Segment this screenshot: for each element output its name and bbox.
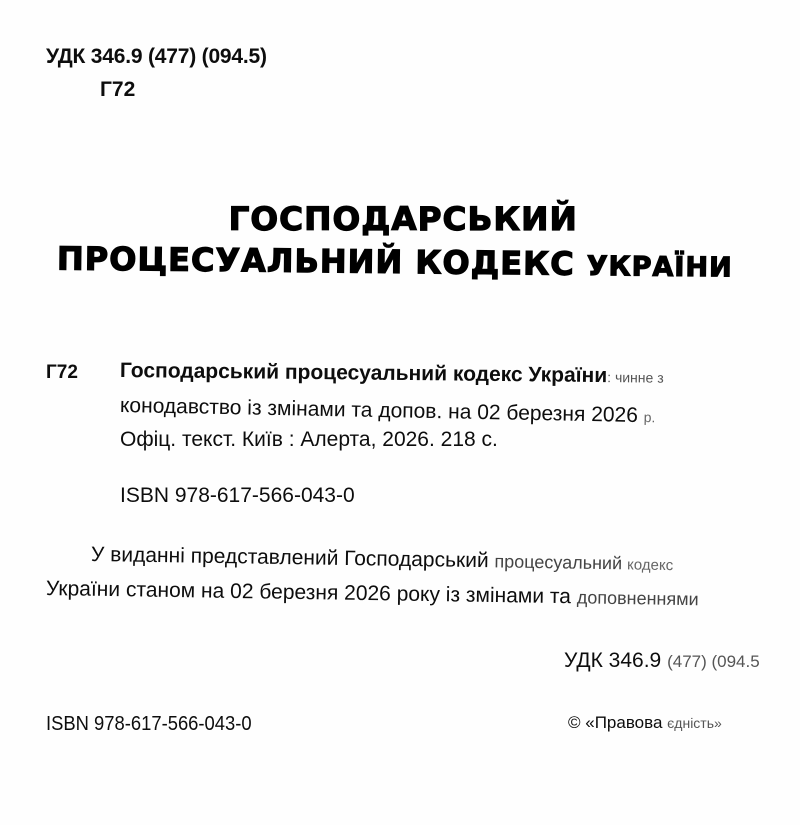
book-title-line-2: ПРОЦЕСУАЛЬНИЙ КОДЕКС УКРАЇНИ bbox=[57, 239, 733, 284]
author-code-top: Г72 bbox=[100, 78, 135, 102]
catalog-card-line-2: конодавство із змінами та допов. на 02 б… bbox=[120, 394, 656, 428]
annotation-line-2: України станом на 02 березня 2026 року і… bbox=[46, 577, 699, 611]
catalog-card-title-rest: : чинне з bbox=[607, 369, 664, 386]
udk-bottom-rest: (477) (094.5 bbox=[667, 652, 760, 671]
catalog-card-title-line: Господарський процесуальний кодекс Украї… bbox=[120, 359, 664, 389]
udk-classification-top: УДК 346.9 (477) (094.5) bbox=[46, 45, 267, 69]
annotation-line-1-main: У виданні представлений Господарський bbox=[91, 543, 495, 572]
annotation-line-2-end: доповненнями bbox=[577, 587, 699, 609]
catalog-card-line-2-main: конодавство із змінами та допов. на 02 б… bbox=[120, 394, 644, 427]
copyright-notice: © «Правова єдність» bbox=[568, 713, 722, 733]
book-title-line-2-end: УКРАЇНИ bbox=[587, 251, 733, 284]
book-title-line-2-main: ПРОЦЕСУАЛЬНИЙ КОДЕКС bbox=[57, 239, 587, 283]
annotation-line-1-end: кодекс bbox=[627, 556, 673, 574]
catalog-card-isbn: ISBN 978-617-566-043-0 bbox=[120, 484, 355, 508]
copyright-end: єдність» bbox=[667, 715, 722, 731]
annotation-line-1: У виданні представлений Господарський пр… bbox=[91, 543, 674, 576]
book-title-line-1: ГОСПОДАРСЬКИЙ bbox=[229, 200, 578, 238]
udk-bottom-main: УДК 346.9 bbox=[564, 649, 667, 672]
udk-classification-bottom: УДК 346.9 (477) (094.5 bbox=[564, 649, 760, 673]
catalog-card-line-3: Офіц. текст. Київ : Алерта, 2026. 218 с. bbox=[120, 428, 498, 452]
annotation-line-1-mid: процесуальний bbox=[494, 551, 627, 573]
copyright-main: © «Правова bbox=[568, 713, 667, 732]
catalog-card-line-2-end: р. bbox=[644, 409, 656, 425]
footer-isbn: ISBN 978-617-566-043-0 bbox=[46, 713, 252, 736]
catalog-card-title: Господарський процесуальний кодекс Украї… bbox=[120, 359, 607, 387]
annotation-line-2-main: України станом на 02 березня 2026 року і… bbox=[46, 577, 577, 608]
catalog-card-code: Г72 bbox=[46, 362, 78, 384]
